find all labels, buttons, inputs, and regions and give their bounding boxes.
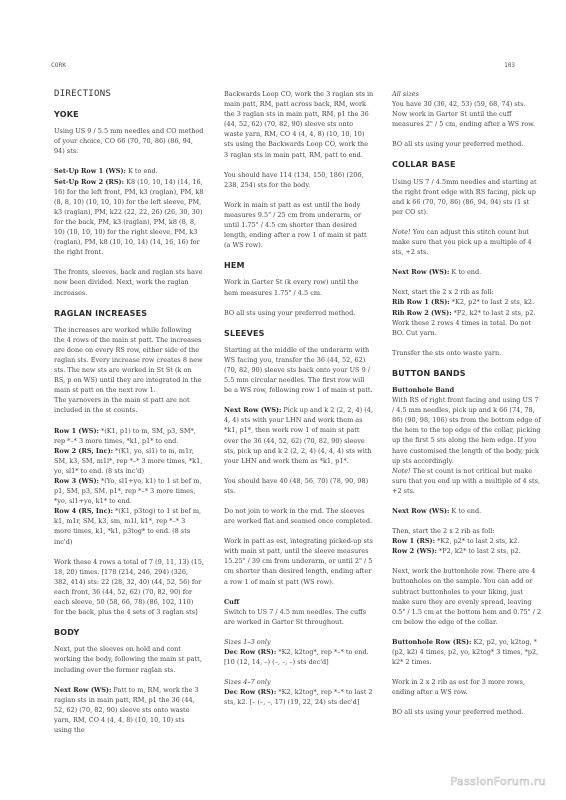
collar-rib-intro: Next, start the 2 x 2 rib as foll:: [392, 287, 542, 297]
column-3: All sizes You have 30 (36, 42, 53) (59, …: [392, 89, 542, 728]
column-1: DIRECTIONS YOKE Using US 9 / 5.5 mm need…: [54, 89, 204, 745]
buttonhole-band-block: Buttonhole Band With RS of right front f…: [392, 385, 542, 496]
collar-rib2-label: Rib Row 2 (WS):: [392, 309, 452, 317]
sizes-1-3-block: Sizes 1–3 only Dec Row (RS): *K2, k2tog*…: [224, 637, 374, 667]
collar-note: Note! You can adjust this stitch count b…: [392, 227, 542, 257]
sleeves-next-row: Next Row (WS): Pick up and k 2 (2, 2, 4)…: [224, 405, 374, 466]
sleeves-flat: Do not join to work in the rnd. The slee…: [224, 506, 374, 526]
setup-row2-label: Set-Up Row 2 (RS):: [54, 178, 124, 186]
collar-rib1-text: *K2, p2* to last 2 sts, k2.: [450, 298, 534, 306]
bb-rib-intro: Then, start the 2 x 2 rib as foll:: [392, 526, 542, 536]
all-sizes-label: All sizes: [392, 89, 542, 99]
buttonhole-band-heading: Buttonhole Band: [392, 385, 542, 395]
collar-intro: Using US 7 / 4.5mm needles and starting …: [392, 177, 542, 217]
bb-bo: BO all sts using your preferred method.: [392, 707, 542, 717]
yoke-intro: Using US 9 / 5.5 mm needles and CO metho…: [54, 126, 204, 156]
cuff-block: Cuff Switch to US 7 / 4.5 mm needles. Th…: [224, 597, 374, 627]
dec2-label: Dec Row (RS):: [224, 688, 276, 696]
body-next-row-label: Next Row (WS):: [54, 686, 111, 694]
collar-next-row: Next Row (WS): K to end.: [392, 267, 542, 277]
bb-row2-text: *P2, k2* to last 2 sts, p2.: [437, 547, 521, 555]
collar-note-text: You can adjust this stitch count but mak…: [392, 228, 532, 256]
buttonhole-band-intro: With RS of right front facing and using …: [392, 395, 542, 466]
raglan-row3-label: Row 3 (WS):: [54, 477, 99, 485]
raglan-intro: The increases are worked while following…: [54, 325, 204, 396]
all-sizes-text: You have 30 (36, 42, 53) (59, 68, 74) st…: [392, 99, 542, 129]
sleeves-bo: BO all sts using your preferred method.: [392, 139, 542, 149]
collar-next-row-label: Next Row (WS):: [392, 268, 449, 276]
buttonhole-note-text: The st count is not critical but make su…: [392, 467, 540, 495]
body-work: Work in main st patt as est until the bo…: [224, 200, 374, 250]
setup-row1-label: Set-Up Row 1 (WS):: [54, 167, 126, 175]
bb-row2-label: Row 2 (WS):: [392, 547, 437, 555]
sleeves-intro: Starting at the middle of the underarm w…: [224, 345, 374, 395]
bb-rib-block: Then, start the 2 x 2 rib as foll: Row 1…: [392, 526, 542, 556]
sleeves-heading: SLEEVES: [224, 329, 374, 339]
collar-heading: COLLAR BASE: [392, 160, 542, 170]
collar-next-row-text: K to end.: [449, 268, 481, 276]
bb-work: Work in 2 x 2 rib as est for 3 more rows…: [392, 677, 542, 697]
dec1-label: Dec Row (RS):: [224, 648, 276, 656]
setup-row2-text: K8 (10, 10, 14) (14, 16, 16) for the lef…: [54, 178, 203, 257]
collar-note-label: Note!: [392, 228, 411, 236]
body-next-row-part1: Next Row (WS): Patt to m, RM, work the 3…: [54, 685, 204, 735]
cuff-text: Switch to US 7 / 4.5 mm needles. The cuf…: [224, 607, 374, 627]
raglan-repeat: Work these 4 rows a total of 7 (9, 11, 1…: [54, 557, 204, 618]
sleeves-count: You should have 40 (48, 56, 70) (78, 90,…: [224, 476, 374, 496]
page-number: 103: [504, 62, 515, 69]
yoke-setup-rows: Set-Up Row 1 (WS): K to end. Set-Up Row …: [54, 166, 204, 257]
raglan-row1-label: Row 1 (WS):: [54, 427, 99, 435]
body-count: You should have 114 (134, 150, 186) (206…: [224, 170, 374, 190]
watermark: PassionForum.ru: [451, 775, 546, 788]
buttonbands-heading: BUTTON BANDS: [392, 369, 542, 379]
hem-text: Work in Garter St (k every row) until th…: [224, 277, 374, 297]
body-heading: BODY: [54, 628, 204, 638]
bb-next-row: Next Row (WS): K to end.: [392, 506, 542, 516]
raglan-row2-label: Row 2 (RS, Inc):: [54, 447, 113, 455]
sleeves-work: Work in patt as est, integrating picked-…: [224, 536, 374, 586]
bb-row1-label: Row 1 (RS):: [392, 537, 435, 545]
body-intro: Next, put the sleeves on hold and cont w…: [54, 644, 204, 674]
sleeves-next-row-label: Next Row (WS):: [224, 406, 281, 414]
cuff-heading: Cuff: [224, 597, 374, 607]
running-head: CORK 103: [51, 62, 515, 72]
hem-heading: HEM: [224, 261, 374, 271]
sizes-4-7-label: Sizes 4–7 only: [224, 677, 374, 687]
raglan-intro-block: The increases are worked while following…: [54, 325, 204, 416]
buttonhole-note-label: Note!: [392, 467, 411, 475]
bb-next-row-text: K to end.: [449, 507, 481, 515]
buttonhole-row-label: Buttonhole Row (RS):: [392, 638, 471, 646]
all-sizes-block: All sizes You have 30 (36, 42, 53) (59, …: [392, 89, 542, 129]
collar-rib2-text: *P2, k2* to last 2 sts, p2.: [452, 309, 536, 317]
setup-row1-text: K to end.: [126, 167, 158, 175]
sizes-1-3-label: Sizes 1–3 only: [224, 637, 374, 647]
pattern-name: CORK: [51, 62, 66, 69]
bb-row1-text: *K2, p2* to last 2 sts, k2.: [435, 537, 519, 545]
hem-bo: BO all sts using your preferred method.: [224, 308, 374, 318]
raglan-rows: Row 1 (WS): *(K1, p1) to m, SM, p3, SM*,…: [54, 426, 204, 547]
raglan-heading: RAGLAN INCREASES: [54, 309, 204, 319]
yoke-heading: YOKE: [54, 110, 204, 120]
page-title: DIRECTIONS: [54, 89, 204, 99]
raglan-row4-label: Row 4 (RS, Inc):: [54, 507, 113, 515]
buttonhole-intro: Next, work the buttonhole row. There are…: [392, 566, 542, 627]
collar-rib1-label: Rib Row 1 (RS):: [392, 298, 450, 306]
bb-next-row-label: Next Row (WS):: [392, 507, 449, 515]
collar-transfer: Transfer the sts onto waste yarn.: [392, 348, 542, 358]
collar-rib-repeat: Work these 2 rows 4 times in total. Do n…: [392, 318, 542, 338]
buttonhole-row: Buttonhole Row (RS): K2, p2, yo, k2tog, …: [392, 637, 542, 667]
raglan-yarnover-note: The yarnovers in the main st patt are no…: [54, 395, 204, 415]
sleeves-next-row-text: Pick up and k 2 (2, 2, 4) (4, 4, 4) sts …: [224, 406, 373, 464]
sizes-4-7-block: Sizes 4–7 only Dec Row (RS): *K2, k2tog*…: [224, 677, 374, 707]
collar-rib-block: Next, start the 2 x 2 rib as foll: Rib R…: [392, 287, 542, 337]
column-2: Backwards Loop CO, work the 3 raglan sts…: [224, 89, 374, 718]
yoke-outro: The fronts, sleeves, back and raglan sts…: [54, 267, 204, 297]
body-next-row-text-part2: Backwards Loop CO, work the 3 raglan sts…: [224, 89, 374, 160]
